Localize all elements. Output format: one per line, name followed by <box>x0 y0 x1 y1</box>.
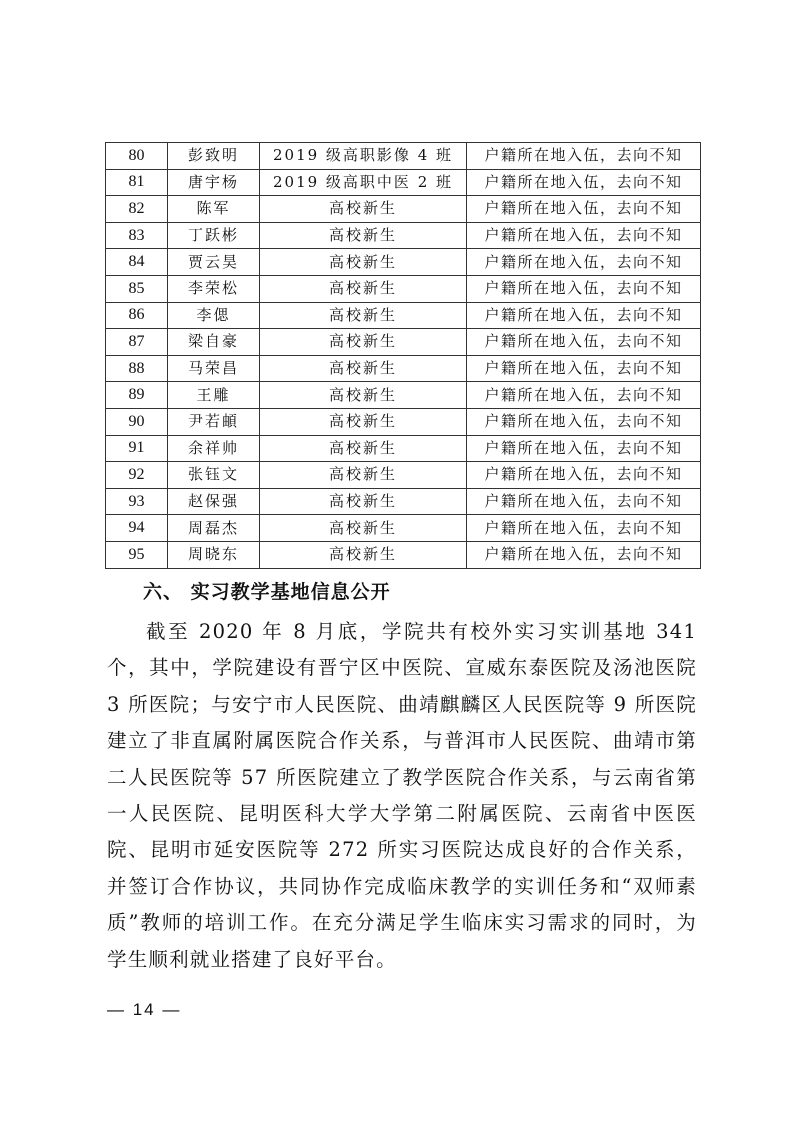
table-row: 82陈军高校新生户籍所在地入伍，去向不知 <box>106 196 701 223</box>
cell-reason: 户籍所在地入伍，去向不知 <box>467 462 701 489</box>
cell-reason: 户籍所在地入伍，去向不知 <box>467 382 701 409</box>
cell-reason: 户籍所在地入伍，去向不知 <box>467 488 701 515</box>
cell-class: 高校新生 <box>260 302 467 329</box>
cell-reason: 户籍所在地入伍，去向不知 <box>467 169 701 196</box>
table-row: 80彭致明2019 级高职影像 4 班户籍所在地入伍，去向不知 <box>106 143 701 170</box>
table-row: 89王雕高校新生户籍所在地入伍，去向不知 <box>106 382 701 409</box>
cell-reason: 户籍所在地入伍，去向不知 <box>467 302 701 329</box>
table-row: 84贾云昊高校新生户籍所在地入伍，去向不知 <box>106 249 701 276</box>
cell-name: 尹若頔 <box>168 408 260 435</box>
cell-class: 高校新生 <box>260 275 467 302</box>
cell-name: 唐宇杨 <box>168 169 260 196</box>
cell-name: 赵保强 <box>168 488 260 515</box>
cell-name: 张钰文 <box>168 462 260 489</box>
cell-class: 高校新生 <box>260 222 467 249</box>
table-row: 86李偲高校新生户籍所在地入伍，去向不知 <box>106 302 701 329</box>
table-row: 88马荣昌高校新生户籍所在地入伍，去向不知 <box>106 355 701 382</box>
cell-number: 85 <box>106 275 168 302</box>
cell-number: 90 <box>106 408 168 435</box>
cell-number: 81 <box>106 169 168 196</box>
cell-number: 84 <box>106 249 168 276</box>
cell-number: 82 <box>106 196 168 223</box>
cell-class: 高校新生 <box>260 462 467 489</box>
cell-class: 高校新生 <box>260 249 467 276</box>
cell-reason: 户籍所在地入伍，去向不知 <box>467 408 701 435</box>
cell-reason: 户籍所在地入伍，去向不知 <box>467 355 701 382</box>
page-number: — 14 — <box>107 1000 181 1020</box>
cell-number: 80 <box>106 143 168 170</box>
table-row: 81唐宇杨2019 级高职中医 2 班户籍所在地入伍，去向不知 <box>106 169 701 196</box>
cell-name: 周晓东 <box>168 541 260 568</box>
cell-number: 91 <box>106 435 168 462</box>
cell-number: 95 <box>106 541 168 568</box>
cell-class: 高校新生 <box>260 408 467 435</box>
cell-reason: 户籍所在地入伍，去向不知 <box>467 541 701 568</box>
cell-reason: 户籍所在地入伍，去向不知 <box>467 435 701 462</box>
cell-name: 丁跃彬 <box>168 222 260 249</box>
cell-number: 92 <box>106 462 168 489</box>
cell-name: 王雕 <box>168 382 260 409</box>
table-row: 93赵保强高校新生户籍所在地入伍，去向不知 <box>106 488 701 515</box>
cell-name: 陈军 <box>168 196 260 223</box>
cell-number: 83 <box>106 222 168 249</box>
cell-class: 2019 级高职影像 4 班 <box>260 143 467 170</box>
students-table: 80彭致明2019 级高职影像 4 班户籍所在地入伍，去向不知81唐宇杨2019… <box>105 142 701 569</box>
cell-class: 高校新生 <box>260 196 467 223</box>
cell-reason: 户籍所在地入伍，去向不知 <box>467 196 701 223</box>
cell-class: 高校新生 <box>260 541 467 568</box>
cell-name: 李荣松 <box>168 275 260 302</box>
section-heading: 六、 实习教学基地信息公开 <box>143 577 391 604</box>
cell-number: 93 <box>106 488 168 515</box>
cell-number: 87 <box>106 329 168 356</box>
cell-reason: 户籍所在地入伍，去向不知 <box>467 222 701 249</box>
cell-name: 周磊杰 <box>168 515 260 542</box>
table-row: 90尹若頔高校新生户籍所在地入伍，去向不知 <box>106 408 701 435</box>
cell-number: 88 <box>106 355 168 382</box>
table-row: 87梁自豪高校新生户籍所在地入伍，去向不知 <box>106 329 701 356</box>
cell-name: 李偲 <box>168 302 260 329</box>
table-row: 91余祥帅高校新生户籍所在地入伍，去向不知 <box>106 435 701 462</box>
section-paragraph: 截至 2020 年 8 月底，学院共有校外实习实训基地 341 个，其中，学院建… <box>107 614 697 978</box>
cell-class: 2019 级高职中医 2 班 <box>260 169 467 196</box>
cell-number: 89 <box>106 382 168 409</box>
cell-name: 马荣昌 <box>168 355 260 382</box>
cell-name: 梁自豪 <box>168 329 260 356</box>
cell-number: 86 <box>106 302 168 329</box>
table-row: 83丁跃彬高校新生户籍所在地入伍，去向不知 <box>106 222 701 249</box>
cell-class: 高校新生 <box>260 329 467 356</box>
cell-reason: 户籍所在地入伍，去向不知 <box>467 275 701 302</box>
table-row: 85李荣松高校新生户籍所在地入伍，去向不知 <box>106 275 701 302</box>
cell-class: 高校新生 <box>260 355 467 382</box>
cell-class: 高校新生 <box>260 382 467 409</box>
table-row: 92张钰文高校新生户籍所在地入伍，去向不知 <box>106 462 701 489</box>
table-row: 94周磊杰高校新生户籍所在地入伍，去向不知 <box>106 515 701 542</box>
cell-name: 余祥帅 <box>168 435 260 462</box>
cell-name: 贾云昊 <box>168 249 260 276</box>
table-body: 80彭致明2019 级高职影像 4 班户籍所在地入伍，去向不知81唐宇杨2019… <box>106 143 701 569</box>
cell-reason: 户籍所在地入伍，去向不知 <box>467 143 701 170</box>
cell-reason: 户籍所在地入伍，去向不知 <box>467 329 701 356</box>
cell-name: 彭致明 <box>168 143 260 170</box>
cell-class: 高校新生 <box>260 515 467 542</box>
cell-reason: 户籍所在地入伍，去向不知 <box>467 249 701 276</box>
table-row: 95周晓东高校新生户籍所在地入伍，去向不知 <box>106 541 701 568</box>
cell-class: 高校新生 <box>260 435 467 462</box>
cell-class: 高校新生 <box>260 488 467 515</box>
cell-number: 94 <box>106 515 168 542</box>
cell-reason: 户籍所在地入伍，去向不知 <box>467 515 701 542</box>
